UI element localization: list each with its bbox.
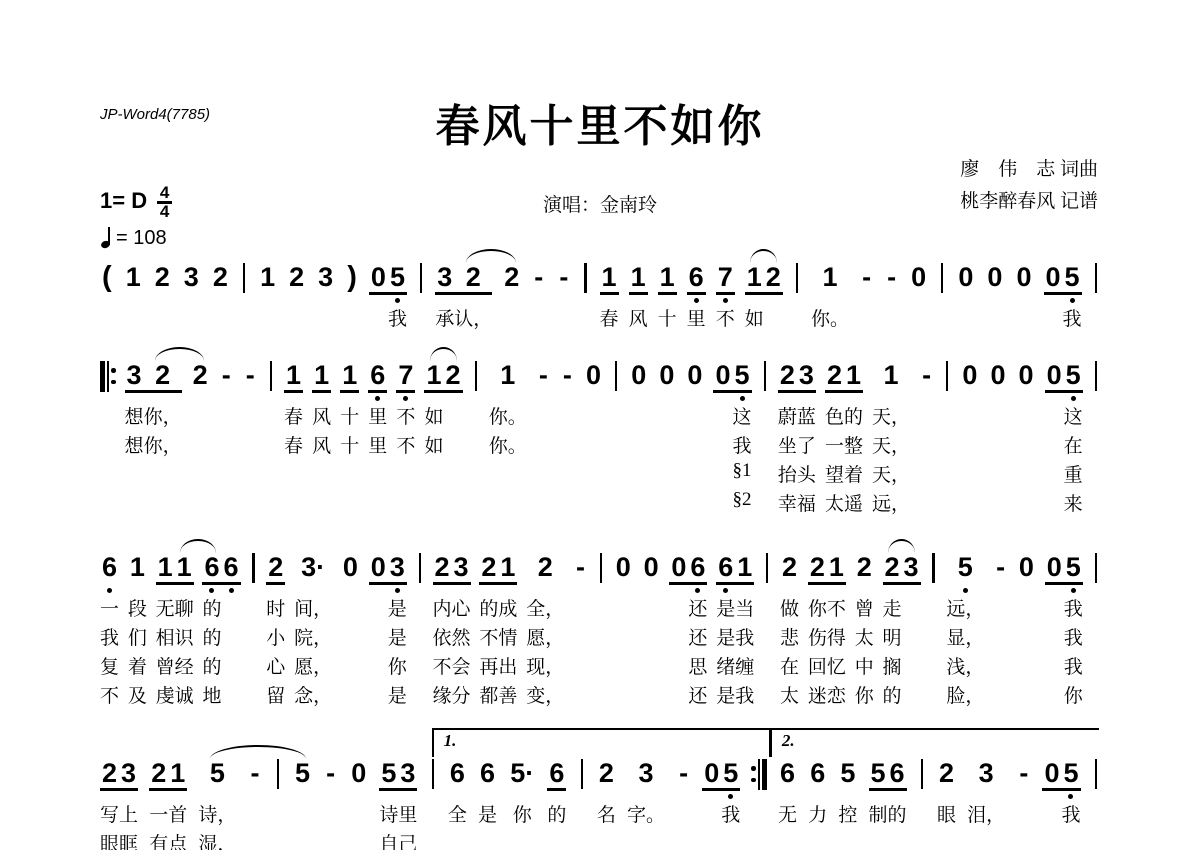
note-column: 3想想 <box>125 360 144 518</box>
note-digit: 1 <box>872 360 910 393</box>
lyric-syllable: 思 <box>688 652 707 681</box>
barline <box>419 553 421 583</box>
note-digit: 2 <box>454 262 492 295</box>
lyric-syllable: 识 <box>175 623 194 652</box>
note-column: 0 <box>909 262 928 333</box>
lyric-syllable <box>191 431 210 460</box>
repeat-dots <box>111 368 116 384</box>
octave-dot-row <box>883 585 902 594</box>
lyric-syllable: 显， <box>946 623 984 652</box>
lyric-syllable: 诗 <box>379 800 398 829</box>
note-column: 3里己 <box>398 758 417 850</box>
note-group: 3承2认， <box>435 262 492 333</box>
note-column: 0 <box>341 552 360 710</box>
lyric-syllable <box>424 489 443 518</box>
note-group: 0 <box>584 360 603 518</box>
lyric-syllable <box>685 489 704 518</box>
lyric-syllable: 伤 <box>808 623 827 652</box>
note-digit: 7 <box>716 262 735 295</box>
lyric-syllable <box>1017 489 1036 518</box>
octave-dot-row <box>780 585 799 594</box>
note-digit: 3 <box>182 262 201 295</box>
note-group: 6是是绪是1当我缠我 <box>716 552 754 710</box>
note-digit: 5 <box>1063 262 1082 295</box>
lyric-syllable: 不 <box>479 623 498 652</box>
lyric-syllable: 名 <box>597 800 616 829</box>
note-column: 0 <box>369 262 388 333</box>
lyric-syllable: 你 <box>508 800 536 829</box>
note-digit: 2 <box>778 360 797 393</box>
lyric-syllable <box>1042 829 1061 850</box>
lyric-syllable: 我 <box>721 800 740 829</box>
note-column: 0 <box>584 360 603 518</box>
note-column: 0 <box>985 262 1004 333</box>
note-digit: 2 <box>764 262 783 295</box>
octave-dot-row <box>182 295 201 304</box>
note-digit: 0 <box>1017 552 1036 585</box>
lyric-syllable <box>125 460 144 489</box>
lyric-syllable: 我 <box>1064 652 1083 681</box>
note-digit: 1 <box>340 360 359 393</box>
note-digit: 2 <box>937 758 956 791</box>
octave-dot-row <box>287 295 306 304</box>
lyric-syllable: 头 <box>797 460 816 489</box>
note-group: 0 <box>341 552 360 710</box>
lyric-syllable: 内 <box>433 594 452 623</box>
lyric-syllable <box>1017 681 1036 710</box>
lyric-syllable: 院， <box>294 623 332 652</box>
lyric-syllable <box>341 623 360 652</box>
note-group: 0 <box>1017 360 1036 518</box>
note-digit: 3 <box>902 552 921 585</box>
note-digit: 6 <box>687 262 706 295</box>
lyric-syllable: 分 <box>452 681 471 710</box>
lyric-syllable <box>448 829 467 850</box>
lyric-syllable <box>909 304 928 333</box>
note-group: 1 <box>124 262 143 333</box>
lyric-syllable: 力 <box>808 800 827 829</box>
note-digit: 1 <box>489 360 527 393</box>
note-group: 05我 <box>1044 262 1082 333</box>
lyric-syllable: 这 <box>733 402 752 431</box>
note-column: 1十 <box>658 262 677 333</box>
lyric-syllable <box>629 460 648 489</box>
lyric-syllable: 忆 <box>827 652 846 681</box>
note-digit: 0 <box>1014 262 1033 295</box>
lyric-syllable: 色 <box>825 402 844 431</box>
lyric-syllable: 走 <box>883 594 902 623</box>
note-column: 1十十 <box>340 360 359 518</box>
lyric-syllable <box>478 829 497 850</box>
lyric-syllable <box>1045 623 1064 652</box>
note-digit: 0 <box>369 552 388 585</box>
lyric-syllable: 坐 <box>778 431 797 460</box>
note-column: 2 <box>153 262 172 333</box>
note-digit: 1 <box>168 758 187 791</box>
lyric-syllable <box>1045 489 1064 518</box>
octave-dot-row <box>156 585 175 594</box>
lyric-syllable: 自 <box>379 829 398 850</box>
duration-dash: - <box>323 758 338 788</box>
lyric-syllable: 的 <box>547 800 566 829</box>
lyric-syllable: 念， <box>294 681 332 710</box>
note-digit: 6 <box>778 758 797 791</box>
note-digit: 0 <box>657 360 676 393</box>
lyric-syllable <box>369 623 388 652</box>
lyric-syllable: 眼 <box>100 829 119 850</box>
note-column: 3承 <box>435 262 454 333</box>
note-column: 2名 <box>597 758 616 850</box>
note-column: 0 <box>629 360 648 518</box>
note-digit: 5 <box>721 758 740 791</box>
lyric-syllable: 虔 <box>156 681 175 710</box>
lyric-syllable <box>349 829 368 850</box>
music-line-4: 2写眼3上眶2一有1首点5诗，湿，-5-05诗自3里己6全6是5·你6的2名3字… <box>100 758 1100 850</box>
lyric-syllable <box>713 402 732 431</box>
note-column: 5我 <box>1063 262 1082 333</box>
octave-dot-row <box>584 393 603 402</box>
lyric-syllable <box>988 431 1007 460</box>
lyric-syllable: 全， <box>526 594 564 623</box>
note-group: 6的的的地6 <box>202 552 240 710</box>
octave-dot-row <box>1044 295 1063 304</box>
note-digit: 0 <box>956 262 975 295</box>
note-group: 2一有1首点 <box>149 758 187 850</box>
barline <box>921 759 923 789</box>
octave-dot-row <box>100 585 119 594</box>
note-group: 5 <box>293 758 312 850</box>
note-group: 05这我§1§2 <box>713 360 751 518</box>
barline <box>277 759 279 789</box>
lyric-syllable: 不 <box>433 652 452 681</box>
lyric-syllable: 不 <box>716 304 735 333</box>
meter-denominator: 4 <box>160 205 169 219</box>
lyric-syllable: 得 <box>827 623 846 652</box>
note-digit: 1 <box>124 262 143 295</box>
note-column: 6全 <box>448 758 467 850</box>
octave-dot-row <box>808 585 827 594</box>
note-digit: 1 <box>156 552 175 585</box>
lyric-syllable: 成 <box>498 594 517 623</box>
note-group: 1春春 <box>284 360 303 518</box>
note-group: 05我 <box>369 262 407 333</box>
lyric-syllable <box>584 489 603 518</box>
note-digit: 5 <box>838 758 857 791</box>
lyric-syllable: 会 <box>452 652 471 681</box>
note-digit: 2 <box>883 552 902 585</box>
slur-tie <box>155 347 204 361</box>
note-digit: 5 <box>198 758 236 791</box>
note-digit: 0 <box>1017 360 1036 393</box>
octave-dot-row <box>502 295 521 304</box>
note-column: 1天，天，天，远， <box>872 360 910 518</box>
lyric-syllable <box>369 594 388 623</box>
barline <box>764 361 766 391</box>
octave-dot-row <box>454 295 492 304</box>
lyric-syllable: 你 <box>808 594 827 623</box>
octave-dot-row <box>669 585 688 594</box>
lyric-syllable <box>702 800 721 829</box>
octave-dot-row <box>825 393 844 402</box>
octave-dot-row <box>369 585 388 594</box>
lyric-syllable <box>191 402 210 431</box>
note-group: 1无相曾虔1聊识经诚 <box>156 552 194 710</box>
note-column: 5我 <box>388 262 407 333</box>
note-column: 3泪， <box>967 758 1005 850</box>
note-digit: 3 <box>388 552 407 585</box>
low-octave-dot <box>1068 794 1073 799</box>
duration-dash: - <box>1016 758 1031 788</box>
lyric-syllable: 无 <box>156 594 175 623</box>
octave-dot-row <box>284 393 303 402</box>
note-group: 0 <box>614 552 633 710</box>
octave-dot-row <box>713 393 732 402</box>
lyric-syllable <box>502 304 521 333</box>
lyric-syllable: 有 <box>149 829 168 850</box>
note-digit: 6 <box>448 758 467 791</box>
lyric-syllable <box>713 489 732 518</box>
note-column: 2眼 <box>937 758 956 850</box>
lyric-syllable <box>1045 652 1064 681</box>
lyric-syllable <box>937 829 956 850</box>
note-group: 5控 <box>838 758 857 850</box>
lyric-syllable: 想 <box>125 402 144 431</box>
note-digit: 0 <box>1045 552 1064 585</box>
lyric-syllable: 风 <box>312 402 331 431</box>
duration-dash: - <box>536 360 551 390</box>
octave-dot-row <box>153 295 172 304</box>
note-column: 2 <box>764 262 783 333</box>
note-group: 2蔚坐抬幸3蓝了头福 <box>778 360 816 518</box>
lyric-syllable: 是 <box>716 623 735 652</box>
lyric-syllable <box>443 402 462 431</box>
note-digit: 1 <box>629 262 648 295</box>
barline <box>941 263 943 293</box>
low-octave-dot <box>1071 396 1076 401</box>
lyric-syllable: 还 <box>688 594 707 623</box>
note-column: 6的 <box>888 758 907 850</box>
lyric-syllable: 的 <box>479 594 498 623</box>
note-column: 1首点 <box>168 758 187 850</box>
octave-dot-row <box>778 393 797 402</box>
lyric-syllable: 然 <box>452 623 471 652</box>
lyric-syllable: 我 <box>735 681 754 710</box>
barline <box>432 759 434 789</box>
octave-dot-row <box>191 393 210 402</box>
note-group: 06还还思还 <box>669 552 707 710</box>
lyric-syllable <box>368 460 387 489</box>
lyric-syllable: 承 <box>435 304 454 333</box>
low-octave-dot <box>963 588 968 593</box>
note-column: 3蓝了头福 <box>797 360 816 518</box>
note-column: 5 <box>293 758 312 850</box>
tempo-marking: = 108 <box>101 226 167 250</box>
lyric-syllable: 搁 <box>883 652 902 681</box>
octave-dot-row <box>838 791 857 800</box>
note-column: 0 <box>642 552 661 710</box>
lyric-syllable: 缘 <box>433 681 452 710</box>
volta-bracket: 2. <box>770 728 1099 757</box>
lyric-syllable <box>284 460 303 489</box>
note-group: 05这在重来 <box>1045 360 1083 518</box>
octave-dot-row <box>1014 295 1033 304</box>
note-digit: 1 <box>284 360 303 393</box>
words-music-credit: 廖 伟 志 词曲 <box>960 154 1098 186</box>
lyric-syllable: 蔚 <box>778 402 797 431</box>
note-group: 05我我我你 <box>1045 552 1083 710</box>
note-column: 1 <box>124 262 143 333</box>
note-digit: 0 <box>1045 360 1064 393</box>
lyric-syllable <box>124 304 143 333</box>
lyric-syllable <box>902 681 921 710</box>
lyric-syllable: 心 <box>452 594 471 623</box>
lyric-syllable: 是 <box>716 594 735 623</box>
lyric-syllable: 你 <box>388 652 407 681</box>
lyric-syllable <box>1014 304 1033 333</box>
note-group: 2 <box>502 262 521 333</box>
note-column: 5这我§1§2 <box>733 360 752 518</box>
lyric-syllable: 绪 <box>716 652 735 681</box>
note-column: 2 <box>191 360 210 518</box>
lyric-syllable <box>1044 304 1063 333</box>
note-column: 1风 <box>629 262 648 333</box>
note-digit: 0 <box>669 552 688 585</box>
lyric-syllable: 抬 <box>778 460 797 489</box>
octave-dot-row <box>797 393 816 402</box>
note-column: 6还还思还 <box>688 552 707 710</box>
parenthesis: ) <box>345 262 359 293</box>
lyric-syllable <box>144 489 182 518</box>
lyric-syllable <box>669 594 688 623</box>
lyric-syllable: 做 <box>780 594 799 623</box>
octave-dot-row <box>479 585 498 594</box>
lyric-syllable: 首 <box>168 800 187 829</box>
low-octave-dot <box>694 298 699 303</box>
note-digit: 3 <box>435 262 454 295</box>
note-column: 5这在重来 <box>1064 360 1083 518</box>
lyric-syllable: 里 <box>368 402 387 431</box>
lyric-syllable: 诚 <box>175 681 194 710</box>
octave-dot-row <box>211 295 230 304</box>
lyric-syllable <box>489 460 527 489</box>
note-group: 2 <box>211 262 230 333</box>
lyric-syllable: 迷 <box>808 681 827 710</box>
lyric-syllable: 间， <box>294 594 332 623</box>
octave-dot-row <box>508 791 536 800</box>
note-column: 0 <box>713 360 732 518</box>
lyric-syllable: 认， <box>454 304 492 333</box>
low-octave-dot <box>107 588 112 593</box>
octave-dot-row <box>960 393 979 402</box>
note-column: 6是 <box>478 758 497 850</box>
lyric-syllable: 是 <box>478 800 497 829</box>
lyric-syllable <box>657 402 676 431</box>
lyric-syllable: 远， <box>872 489 910 518</box>
octave-dot-row <box>716 295 735 304</box>
note-group: 03是是你是 <box>369 552 407 710</box>
lyric-syllable <box>489 489 527 518</box>
lyric-syllable: 的 <box>888 800 907 829</box>
repeat-thick-bar <box>100 361 105 392</box>
octave-dot-row <box>733 393 752 402</box>
lyric-syllable: 愿， <box>526 623 564 652</box>
lyric-syllable: 我 <box>1064 594 1083 623</box>
note-digit: 5 <box>379 758 398 791</box>
repeat-thick-bar <box>762 759 767 790</box>
note-column: 2走明搁的 <box>883 552 902 710</box>
lyric-syllable: 是 <box>388 594 407 623</box>
note-group: 2 <box>191 360 210 518</box>
parenthesis: ( <box>100 262 114 293</box>
lyric-syllable <box>508 829 536 850</box>
lyric-syllable <box>1017 594 1036 623</box>
note-group: 2眼 <box>937 758 956 850</box>
lyric-syllable: 我 <box>388 304 407 333</box>
lyric-syllable: 全 <box>448 800 467 829</box>
lyric-syllable: 曾 <box>156 652 175 681</box>
note-column: 3是是你是 <box>388 552 407 710</box>
note-column: 0 <box>988 360 1007 518</box>
note-digit: 0 <box>685 360 704 393</box>
lyric-syllable: 蓝 <box>797 402 816 431</box>
octave-dot-row <box>119 791 138 800</box>
note-column: 2 <box>443 360 462 518</box>
note-digit: 1 <box>658 262 677 295</box>
octave-dot-row <box>388 585 407 594</box>
lyric-syllable <box>222 681 241 710</box>
note-digit: 0 <box>349 758 368 791</box>
octave-dot-row <box>316 295 335 304</box>
note-column: 2的不再都 <box>479 552 498 710</box>
note-group: 6无 <box>778 758 797 850</box>
lyric-syllable: 出 <box>498 652 517 681</box>
slur-tie <box>430 347 457 361</box>
note-group: 1十 <box>658 262 677 333</box>
note-group: 1你。 <box>811 262 849 333</box>
note-group: 1春 <box>600 262 619 333</box>
note-group: 2色一望太1的整着遥 <box>825 360 863 518</box>
note-digit: 0 <box>642 552 661 585</box>
lyric-syllable <box>443 431 462 460</box>
octave-dot-row <box>489 393 527 402</box>
lyric-syllable: 着 <box>844 460 863 489</box>
note-group: 5诗自3里己 <box>379 758 417 850</box>
note-column: 2全，愿，现，变， <box>526 552 564 710</box>
repeat-end-sign <box>751 758 767 790</box>
lyric-syllable: §1 <box>733 460 752 489</box>
octave-dot-row <box>716 585 735 594</box>
lyric-syllable: 你。 <box>489 402 527 431</box>
volta-label: 1. <box>444 731 769 751</box>
quarter-note-icon <box>101 226 114 250</box>
note-digit: 2 <box>479 552 498 585</box>
barline <box>1095 263 1097 293</box>
note-column: 5诗，湿， <box>198 758 236 850</box>
note-digit: 2 <box>211 262 230 295</box>
note-column: 0 <box>657 360 676 518</box>
note-column: 6的的的地 <box>202 552 221 710</box>
note-digit: 0 <box>369 262 388 295</box>
lyric-syllable <box>1017 402 1036 431</box>
note-group: 2名 <box>597 758 616 850</box>
note-column: 1当我缠我 <box>735 552 754 710</box>
note-group: 6力 <box>808 758 827 850</box>
low-octave-dot <box>740 396 745 401</box>
note-column: 3上眶 <box>119 758 138 850</box>
lyric-syllable <box>960 489 979 518</box>
barline <box>946 361 948 391</box>
duration-dash: - <box>531 262 546 292</box>
